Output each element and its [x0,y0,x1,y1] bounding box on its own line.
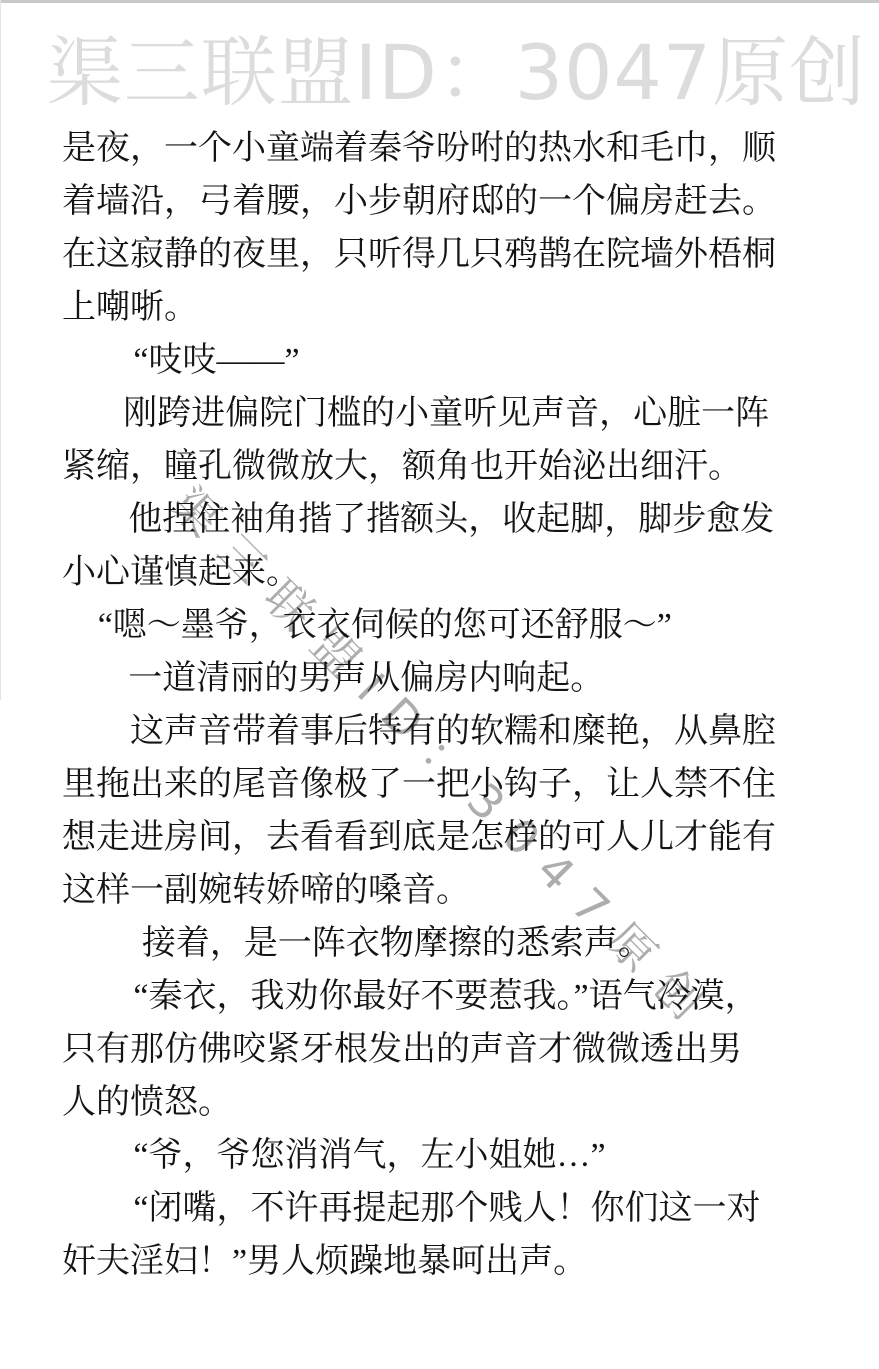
text-line: 奸夫淫妇！”男人烦躁地暴呵出声。 [62,1235,832,1288]
text-line: “爷，爷您消消气，左小姐她…” [62,1129,832,1182]
text-line: 里拖出来的尾音像极了一把小钩子，让人禁不住 [62,758,832,811]
text-line: 想走进房间，去看看到底是怎样的可人儿才能有 [62,811,832,864]
text-line: 上嘲哳。 [62,281,832,334]
top-divider-line [0,0,879,3]
text-line: 刚跨进偏院门槛的小童听见声音，心脏一阵 [62,387,832,440]
text-line: 在这寂静的夜里，只听得几只鸦鹊在院墙外梧桐 [62,228,832,281]
text-line: 是夜，一个小童端着秦爷吩咐的热水和毛巾，顺 [62,122,832,175]
text-line: “秦衣，我劝你最好不要惹我。”语气冷漠， [62,970,832,1023]
text-line: 着墙沿，弓着腰，小步朝府邸的一个偏房赶去。 [62,175,832,228]
text-line: “闭嘴，不许再提起那个贱人！你们这一对 [62,1182,832,1235]
text-line: 这样一副婉转娇啼的嗓音。 [62,864,832,917]
text-line: 一道清丽的男声从偏房内响起。 [62,652,832,705]
text-line: 接着，是一阵衣物摩擦的悉索声。 [62,917,832,970]
text-line: “嗯～墨爷，衣衣伺候的您可还舒服～” [62,599,832,652]
text-line: 这声音带着事后特有的软糯和糜艳，从鼻腔 [62,705,832,758]
text-line: 他捏住袖角揩了揩额头，收起脚，脚步愈发 [62,493,832,546]
document-page: 渠三联盟ID：3047原创 渠三联盟ID：3047原创 是夜，一个小童端着秦爷吩… [0,0,879,1369]
text-line: 人的愤怒。 [62,1076,832,1129]
text-line: “吱吱——” [62,334,832,387]
novel-body-text: 是夜，一个小童端着秦爷吩咐的热水和毛巾，顺着墙沿，弓着腰，小步朝府邸的一个偏房赶… [62,122,832,1288]
text-line: 小心谨慎起来。 [62,546,832,599]
header-watermark: 渠三联盟ID：3047原创 [0,12,879,121]
text-line: 紧缩，瞳孔微微放大，额角也开始泌出细汗。 [62,440,832,493]
text-line: 只有那仿佛咬紧牙根发出的声音才微微透出男 [62,1023,832,1076]
